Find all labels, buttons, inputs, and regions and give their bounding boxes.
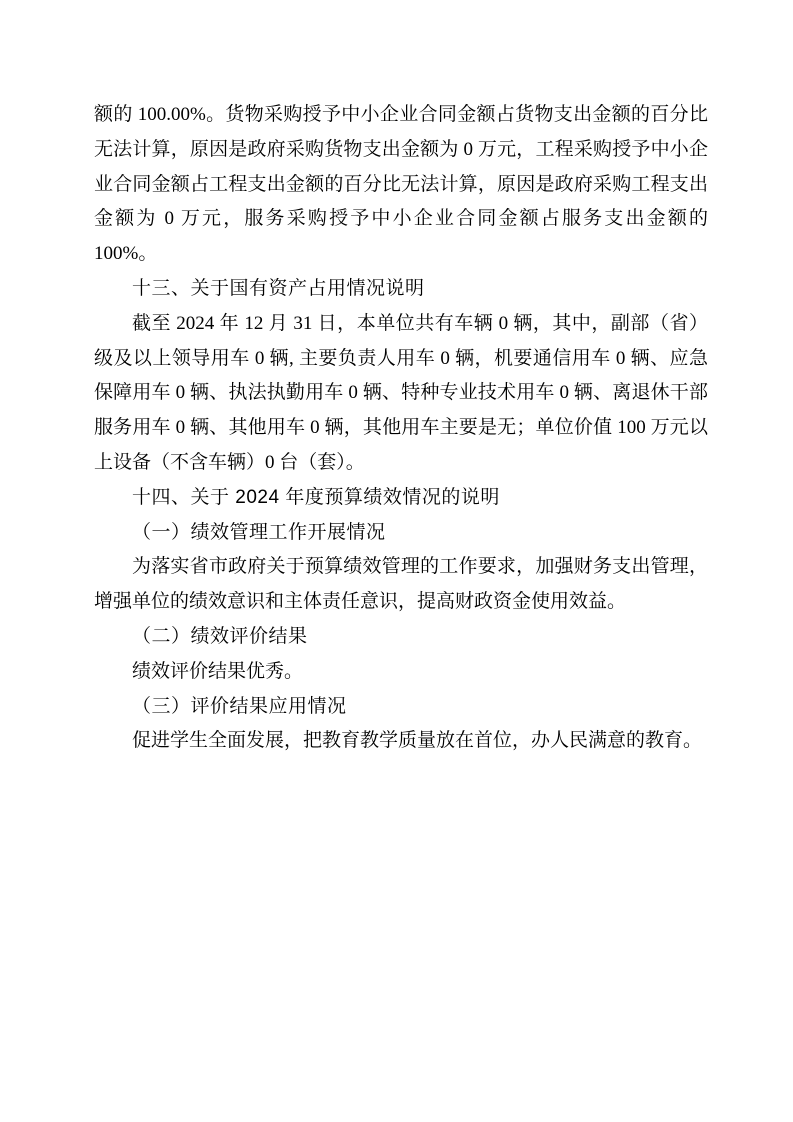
paragraph-performance-management: 为落实省市政府关于预算绩效管理的工作要求，加强财务支出管理，增强单位的绩效意识和… <box>94 550 708 620</box>
subsection-2-heading: （二）绩效评价结果 <box>94 620 708 655</box>
document-page: 额的 100.00%。货物采购授予中小企业合同金额占货物支出金额的百分比无法计算… <box>0 0 793 1122</box>
paragraph-evaluation-result: 绩效评价结果优秀。 <box>94 655 708 690</box>
paragraph-procurement-continued: 额的 100.00%。货物采购授予中小企业合同金额占货物支出金额的百分比无法计算… <box>94 98 708 272</box>
document-content: 额的 100.00%。货物采购授予中小企业合同金额占货物支出金额的百分比无法计算… <box>94 98 708 759</box>
subsection-1-heading: （一）绩效管理工作开展情况 <box>94 516 708 551</box>
section-14-heading: 十四、关于 2024 年度预算绩效情况的说明 <box>94 481 708 516</box>
paragraph-state-assets: 截至 2024 年 12 月 31 日，本单位共有车辆 0 辆，其中，副部（省）… <box>94 307 708 481</box>
section-13-heading: 十三、关于国有资产占用情况说明 <box>94 272 708 307</box>
paragraph-result-application: 促进学生全面发展，把教育教学质量放在首位，办人民满意的教育。 <box>94 724 708 759</box>
subsection-3-heading: （三）评价结果应用情况 <box>94 690 708 725</box>
